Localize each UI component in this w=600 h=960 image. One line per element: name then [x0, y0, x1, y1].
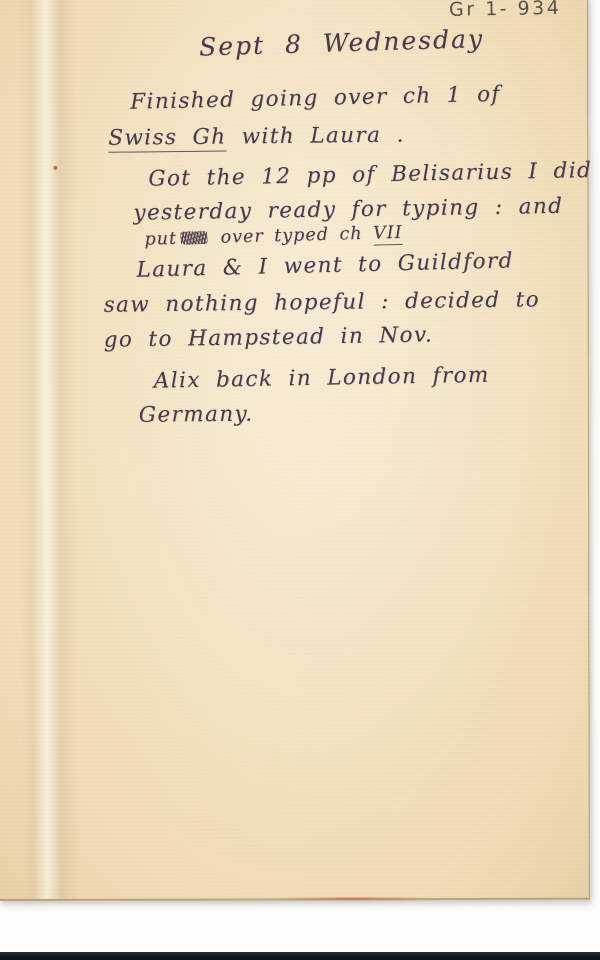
handwritten-text: saw nothing hopeful : decided to [103, 287, 540, 317]
scan-bottom-bar [0, 952, 600, 960]
paper-speck [53, 166, 57, 170]
scanned-page-background: Gr 1- 934 Sept 8 Wednesday Finished goin… [0, 0, 600, 960]
handwritten-text: Laura & I went to Guildford [136, 248, 514, 282]
handwritten-line: yesterday ready for typing : and [133, 194, 563, 226]
handwritten-line: Finished going over ch 1 of [130, 82, 501, 115]
underlined-text: VII [373, 223, 403, 246]
handwritten-text: Finished going over ch 1 of [130, 82, 501, 115]
handwritten-text: yesterday ready for typing : and [133, 194, 563, 226]
handwritten-text: Germany. [139, 402, 254, 428]
scribbled-out-word [180, 231, 207, 245]
handwritten-line: Swiss Gh with Laura . [108, 123, 405, 151]
handwritten-text: Alix back in London from [154, 363, 490, 394]
archive-mark: Gr 1- 934 [449, 0, 562, 21]
handwritten-text: Got the 12 pp of Belisarius I did [148, 158, 592, 192]
date-heading: Sept 8 Wednesday [199, 24, 485, 62]
paper-bottom-edge-stain [271, 897, 431, 900]
handwritten-line: put over typed ch VII [144, 223, 403, 250]
handwritten-line: saw nothing hopeful : decided to [103, 287, 540, 317]
handwritten-line: Got the 12 pp of Belisarius I did [148, 158, 592, 192]
handwritten-line: Alix back in London from [154, 363, 490, 394]
handwritten-line: Germany. [139, 402, 254, 428]
handwritten-text: go to Hampstead in Nov. [104, 322, 434, 352]
handwritten-text: over typed ch [210, 224, 374, 248]
handwritten-text: with Laura . [226, 123, 405, 150]
handwritten-text: put [144, 229, 177, 250]
paper-fold-crease [19, 0, 79, 899]
handwritten-line: Laura & I went to Guildford [136, 248, 514, 282]
diary-page: Gr 1- 934 Sept 8 Wednesday Finished goin… [0, 0, 590, 901]
handwritten-line: go to Hampstead in Nov. [104, 322, 434, 352]
underlined-text: Swiss Gh [108, 124, 226, 152]
